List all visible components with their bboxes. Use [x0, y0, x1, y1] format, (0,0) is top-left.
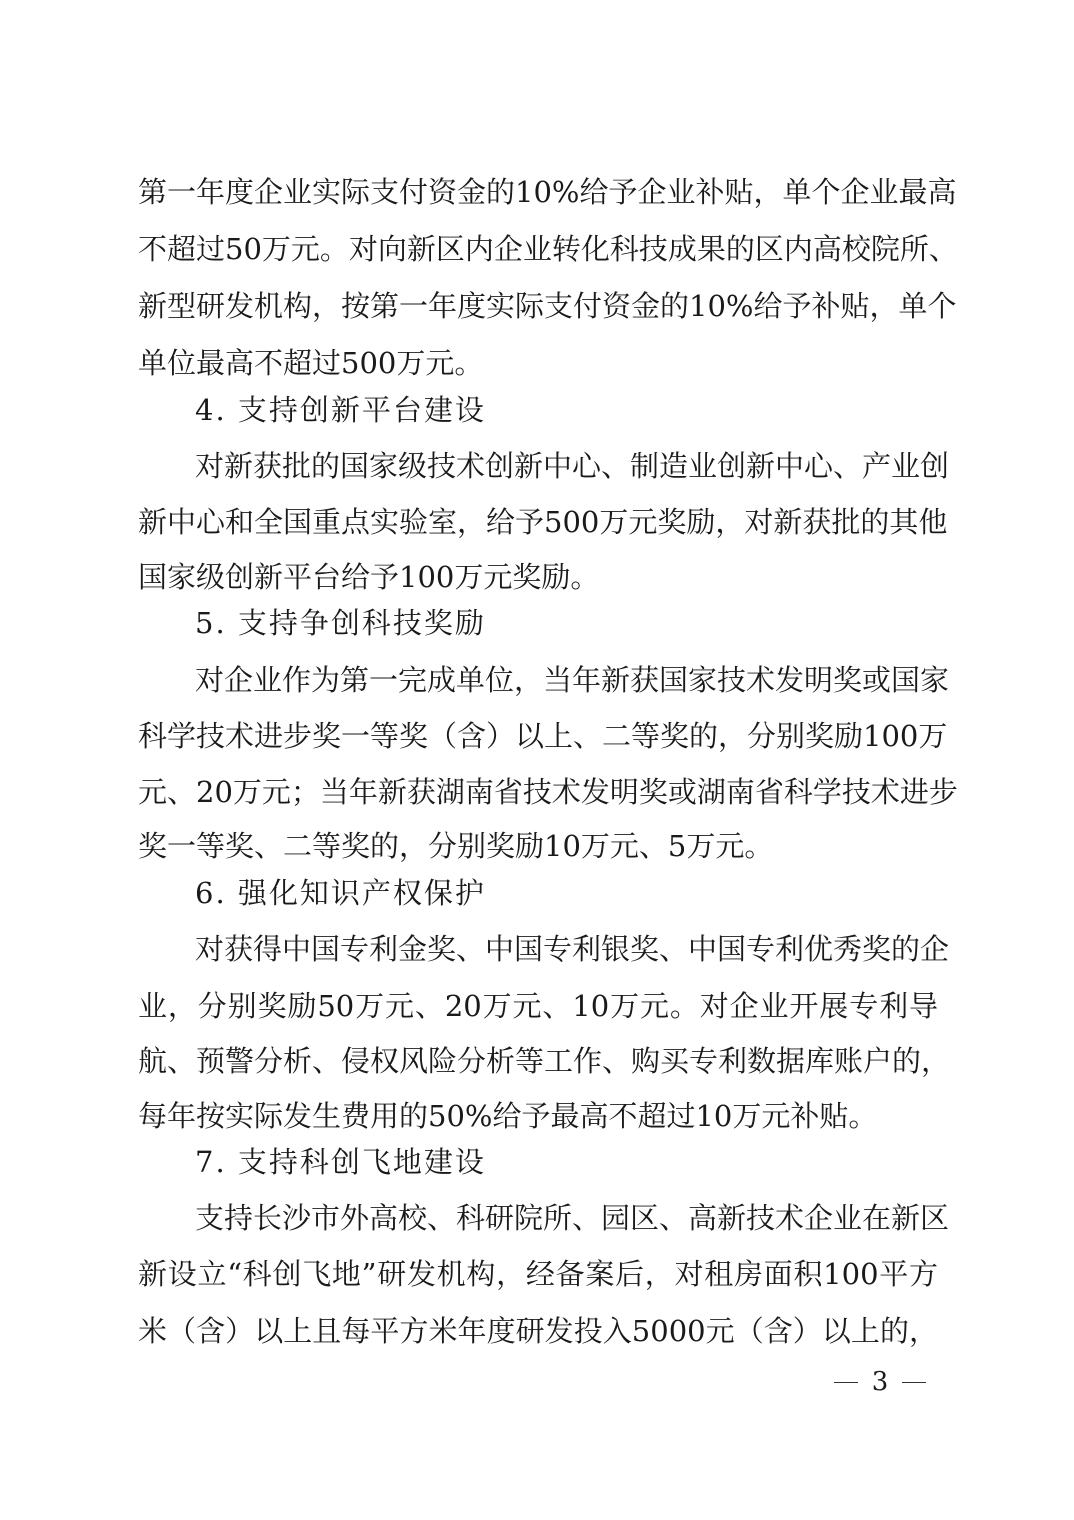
body-text-line: 单位最高不超过500万元。	[138, 343, 938, 383]
page-number: 3	[820, 1364, 940, 1400]
section-heading-4: 4. 支持创新平台建设	[195, 390, 486, 430]
body-text-line: 科学技术进步奖一等奖（含）以上、二等奖的，分别奖励100万	[138, 716, 938, 756]
document-page: 第一年度企业实际支付资金的10%给予企业补贴，单个企业最高 不超过50万元。对向…	[0, 0, 1074, 1520]
body-text-line: 新设立“科创飞地”研发机构，经备案后，对租房面积100平方	[138, 1254, 938, 1294]
body-text-line: 米（含）以上且每平方米年度研发投入5000元（含）以上的，	[138, 1311, 938, 1351]
body-text-line: 航、预警分析、侵权风险分析等工作、购买专利数据库账户的，	[138, 1041, 938, 1081]
body-text-line: 支持长沙市外高校、科研院所、园区、高新技术企业在新区	[195, 1198, 938, 1238]
body-text-line: 元、20万元；当年新获湖南省技术发明奖或湖南省科学技术进步	[138, 772, 938, 812]
page-number-value: 3	[872, 1364, 889, 1400]
body-text-line: 对新获批的国家级技术创新中心、制造业创新中心、产业创	[195, 446, 938, 486]
page-number-dash-left	[834, 1382, 858, 1383]
section-heading-7: 7. 支持科创飞地建设	[195, 1142, 486, 1182]
body-text-line: 奖一等奖、二等奖的，分别奖励10万元、5万元。	[138, 826, 938, 866]
body-text-line: 对企业作为第一完成单位，当年新获国家技术发明奖或国家	[195, 660, 938, 700]
body-text-line: 对获得中国专利金奖、中国专利银奖、中国专利优秀奖的企	[195, 929, 938, 969]
body-text-line: 国家级创新平台给予100万元奖励。	[138, 557, 938, 597]
body-text-line: 不超过50万元。对向新区内企业转化科技成果的区内高校院所、	[138, 229, 938, 269]
section-heading-6: 6. 强化知识产权保护	[195, 873, 486, 913]
body-text-line: 业，分别奖励50万元、20万元、10万元。对企业开展专利导	[138, 986, 938, 1026]
page-number-dash-right	[902, 1382, 926, 1383]
body-text-line: 新中心和全国重点实验室，给予500万元奖励，对新获批的其他	[138, 502, 938, 542]
body-text-line: 新型研发机构，按第一年度实际支付资金的10%给予补贴，单个	[138, 286, 938, 326]
body-text-line: 第一年度企业实际支付资金的10%给予企业补贴，单个企业最高	[138, 172, 938, 212]
section-heading-5: 5. 支持争创科技奖励	[195, 603, 486, 643]
body-text-line: 每年按实际发生费用的50%给予最高不超过10万元补贴。	[138, 1096, 938, 1136]
